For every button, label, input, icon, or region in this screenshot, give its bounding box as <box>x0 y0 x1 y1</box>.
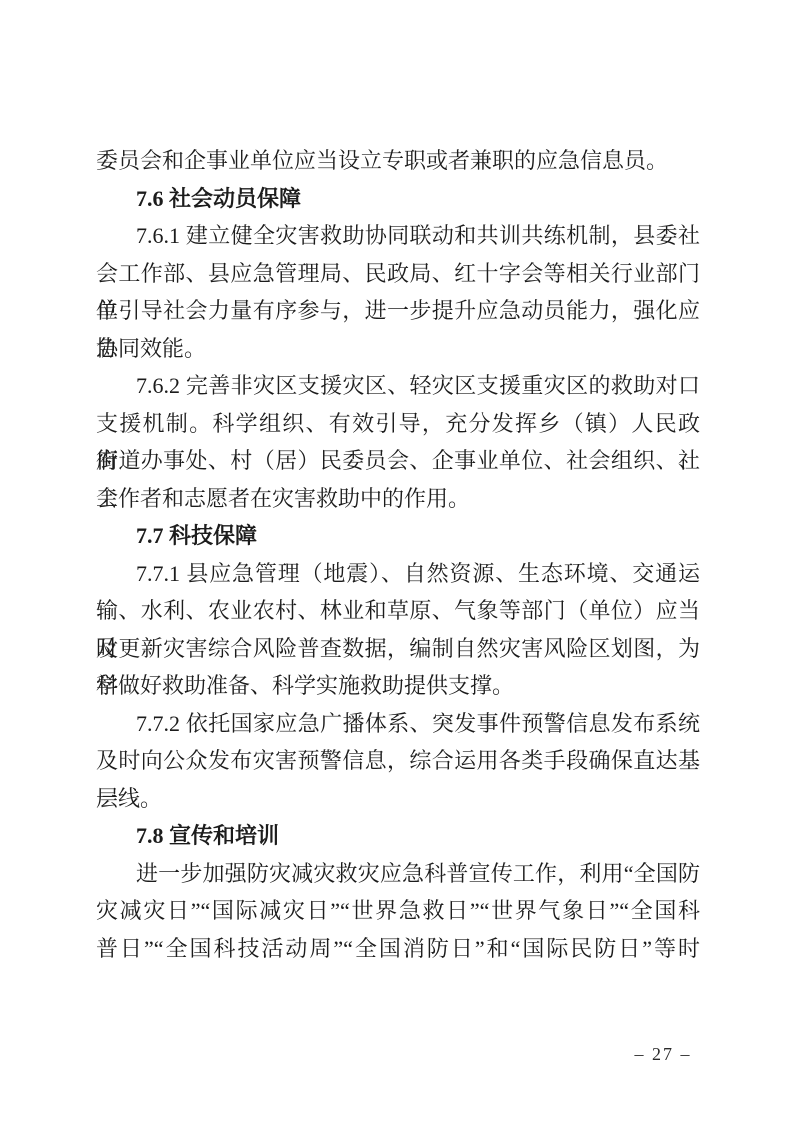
text-line: 位引导社会力量有序参与，进一步提升应急动员能力，强化应急 <box>96 292 700 330</box>
text-line: 学做好救助准备、科学实施救助提供支撑。 <box>96 667 700 705</box>
text-line: 一线。 <box>96 780 700 818</box>
text-line: 7.6.2 完善非灾区支援灾区、轻灾区支援重灾区的救助对口 <box>96 367 700 405</box>
document-page: 委员会和企事业单位应当设立专职或者兼职的应急信息员。 7.6 社会动员保障 7.… <box>0 0 793 1122</box>
text-line: 及时向公众发布灾害预警信息，综合运用各类手段确保直达基层 <box>96 742 700 780</box>
page-number: – 27 – <box>603 1042 723 1066</box>
text-line: 7.7.1 县应急管理（地震）、自然资源、生态环境、交通运 <box>96 555 700 593</box>
text-line: 7.6.1 建立健全灾害救助协同联动和共训共练机制，县委社 <box>96 217 700 255</box>
text-line: 委员会和企事业单位应当设立专职或者兼职的应急信息员。 <box>96 142 700 180</box>
text-line: 街道办事处、村（居）民委员会、企事业单位、社会组织、社会 <box>96 442 700 480</box>
text-line: 进一步加强防灾减灾救灾应急科普宣传工作，利用“全国防 <box>96 855 700 893</box>
text-line: 工作者和志愿者在灾害救助中的作用。 <box>96 480 700 518</box>
text-line: 会工作部、县应急管理局、民政局、红十字会等相关行业部门单 <box>96 255 700 293</box>
section-heading-7-8: 7.8 宣传和培训 <box>96 817 700 855</box>
section-heading-7-7: 7.7 科技保障 <box>96 517 700 555</box>
document-body: 委员会和企事业单位应当设立专职或者兼职的应急信息员。 7.6 社会动员保障 7.… <box>96 142 700 967</box>
text-line: 输、水利、农业农村、林业和草原、气象等部门（单位）应当及 <box>96 592 700 630</box>
text-line: 协同效能。 <box>96 330 700 368</box>
text-line: 灾减灾日”“国际减灾日”“世界急救日”“世界气象日”“全国科 <box>96 892 700 930</box>
text-line: 支援机制。科学组织、有效引导，充分发挥乡（镇）人民政府、 <box>96 405 700 443</box>
text-line: 时更新灾害综合风险普查数据，编制自然灾害风险区划图，为科 <box>96 630 700 668</box>
text-line: 普日”“全国科技活动周”“全国消防日”和“国际民防日”等时 <box>96 930 700 968</box>
text-line: 7.7.2 依托国家应急广播体系、突发事件预警信息发布系统 <box>96 705 700 743</box>
section-heading-7-6: 7.6 社会动员保障 <box>96 180 700 218</box>
